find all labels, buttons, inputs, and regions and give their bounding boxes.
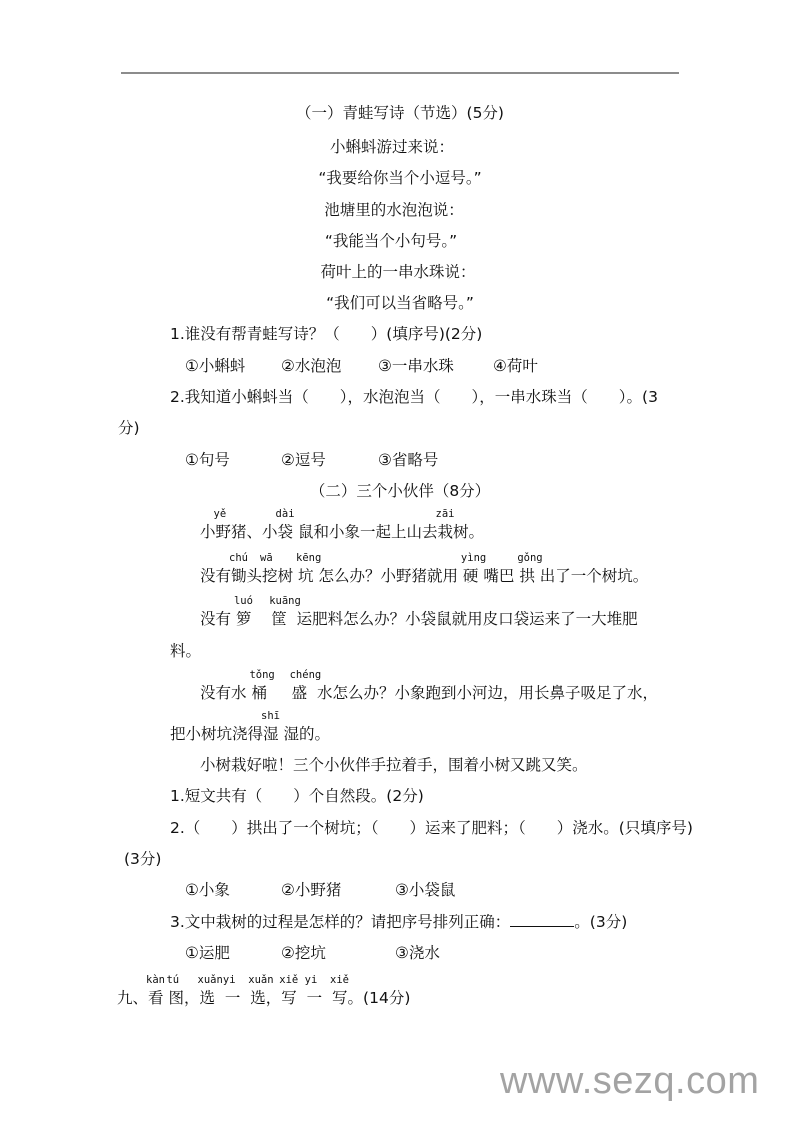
- hanzi: 盛: [292, 684, 308, 702]
- pinyin: xuǎn: [198, 975, 223, 986]
- pinyin: dài: [276, 509, 295, 520]
- s1-question-2-cont: 分): [118, 418, 140, 438]
- s2-paragraph-1: 小yě野猪、小dài袋 鼠和小象一起上山去zāi栽树。: [200, 522, 484, 542]
- pinyin: tǒng: [249, 670, 274, 681]
- s2-paragraph-3: 没有 luó箩 kuāng筐 运肥料怎么办？小袋鼠就用皮口袋运来了一大堆肥: [200, 609, 638, 629]
- hanzi: 写: [281, 989, 297, 1007]
- s2-paragraph-4: 没有水 tǒng桶 chéng盛 水怎么办？小象跑到小河边，用长鼻子吸足了水，: [200, 683, 658, 703]
- ruby-zai: zāi栽: [438, 522, 454, 542]
- text: 嘴巴: [483, 567, 514, 585]
- hanzi: 拱: [519, 567, 535, 585]
- poem-line-2: “我要给你当个小逗号。”: [0, 168, 800, 188]
- hanzi: 湿: [263, 725, 279, 743]
- section-number: 九、: [117, 989, 148, 1007]
- pinyin: yi: [305, 975, 318, 986]
- hanzi: 硬: [463, 567, 479, 585]
- s2-q2-option-2: ②小野猪: [281, 880, 341, 900]
- s2-q3-option-1: ①运肥: [185, 943, 230, 963]
- text: 小: [200, 523, 216, 541]
- pinyin: xuǎn: [248, 975, 273, 986]
- pinyin: tú: [166, 975, 179, 986]
- pinyin: zāi: [436, 509, 455, 520]
- s2-question-2-cont: (3分): [124, 849, 161, 869]
- text: 树。: [453, 523, 484, 541]
- text: 没有: [200, 610, 231, 628]
- ruby-xie-1: xiě写: [281, 988, 297, 1008]
- s2-paragraph-2: 没有chú锄头wā挖树 kēng坑 怎么办？小野猪就用 yìng硬 嘴巴 gǒn…: [200, 566, 648, 586]
- s1-question-2: 2.我知道小蝌蚪当（ ），水泡泡当（ ），一串水珠当（ ）。(3: [170, 387, 658, 407]
- s1-q1-option-3: ③一串水珠: [378, 356, 454, 376]
- text: 猪、小: [231, 523, 278, 541]
- ruby-cheng: chéng盛: [292, 683, 308, 703]
- section9-heading: 九、kàn看 tú图，xuǎn选 yi一 xuǎn选，xiě写 yi一 xiě写…: [117, 988, 410, 1008]
- ruby-luo: luó箩: [236, 609, 252, 629]
- s2-question-3: 3.文中栽树的过程是怎样的？请把序号排列正确：。(3分): [170, 912, 627, 932]
- pinyin: yìng: [461, 553, 486, 564]
- s1-q1-option-4: ④荷叶: [493, 356, 538, 376]
- s2-paragraph-4-cont: 把小树坑浇得shī湿 湿的。: [170, 724, 330, 744]
- ruby-xuan-2: xuǎn选: [250, 988, 266, 1008]
- pinyin: luó: [234, 596, 253, 607]
- ruby-yi-1: yi一: [225, 988, 241, 1008]
- answer-blank[interactable]: [510, 912, 574, 927]
- s2-paragraph-3-cont: 料。: [170, 641, 201, 661]
- ruby-kuang: kuāng筐: [271, 609, 287, 629]
- ruby-shi: shī湿: [263, 724, 279, 744]
- s1-q2-option-1: ①句号: [185, 450, 230, 470]
- ruby-wa: wā挖: [262, 566, 278, 586]
- ruby-keng: kēng坑: [298, 566, 314, 586]
- pinyin: xiě: [279, 975, 298, 986]
- hanzi: 图: [168, 989, 184, 1007]
- s2-question-1: 1.短文共有（ ）个自然段。(2分): [170, 786, 424, 806]
- ruby-chu: chú锄: [231, 566, 247, 586]
- hanzi: 选: [200, 989, 216, 1007]
- s2-q3-option-3: ③浇水: [395, 943, 440, 963]
- hanzi: 一: [225, 989, 241, 1007]
- ruby-xie-2: xiě写: [332, 988, 348, 1008]
- text: 水怎么办？小象跑到小河边，用长鼻子吸足了水，: [317, 684, 658, 702]
- text: 出了一个树坑。: [540, 567, 649, 585]
- section2-title: （二）三个小伙伴（8分）: [0, 481, 800, 501]
- text: 运肥料怎么办？小袋鼠就用皮口袋运来了一大堆肥: [297, 610, 638, 628]
- hanzi: 野: [216, 523, 232, 541]
- comma: ，: [266, 989, 282, 1007]
- pinyin: kàn: [146, 975, 165, 986]
- poem-line-3: 池塘里的水泡泡说：: [0, 200, 794, 220]
- pinyin: shī: [261, 711, 280, 722]
- ruby-gong: gǒng拱: [519, 566, 535, 586]
- poem-line-6: “我们可以当省略号。”: [0, 293, 800, 313]
- hanzi: 坑: [298, 567, 314, 585]
- watermark: www.sezq.com: [500, 1060, 759, 1103]
- poem-line-1: 小蝌蚪游过来说：: [0, 137, 792, 157]
- pinyin: chéng: [290, 670, 322, 681]
- hanzi: 写: [332, 989, 348, 1007]
- text: 头: [247, 567, 263, 585]
- s1-q2-option-3: ③省略号: [378, 450, 438, 470]
- s2-q2-option-3: ③小袋鼠: [395, 880, 455, 900]
- ruby-tu: tú图: [168, 988, 184, 1008]
- ruby-xuan-1: xuǎn选: [200, 988, 216, 1008]
- pinyin: gǒng: [517, 553, 542, 564]
- ruby-kan: kàn看: [148, 988, 164, 1008]
- hanzi: 袋: [278, 523, 294, 541]
- hanzi: 锄: [231, 567, 247, 585]
- text: 把小树坑浇得: [170, 725, 263, 743]
- header-rule: [121, 72, 679, 74]
- text: 没有: [200, 567, 231, 585]
- hanzi: 一: [307, 989, 323, 1007]
- ruby-ye: yě野: [216, 522, 232, 542]
- s2-q2-option-1: ①小象: [185, 880, 230, 900]
- ruby-ying: yìng硬: [463, 566, 479, 586]
- s1-q1-option-2: ②水泡泡: [281, 356, 341, 376]
- s1-q1-option-1: ①小蝌蚪: [185, 356, 245, 376]
- hanzi: 桶: [251, 684, 267, 702]
- text: 鼠和小象一起上山去: [298, 523, 438, 541]
- text: 湿的。: [283, 725, 330, 743]
- text: 树: [278, 567, 294, 585]
- ruby-dai: dài袋: [278, 522, 294, 542]
- poem-line-4: “我能当个小句号。”: [0, 231, 791, 251]
- text: 怎么办？小野猪就用: [318, 567, 458, 585]
- pinyin: kēng: [296, 553, 321, 564]
- s2-paragraph-5: 小树栽好啦！三个小伙伴手拉着手，围着小树又跳又笑。: [200, 755, 588, 775]
- s1-question-1: 1.谁没有帮青蛙写诗？（ ）(填序号)(2分): [170, 324, 482, 344]
- ruby-yi-2: yi一: [307, 988, 323, 1008]
- s1-q2-option-2: ②逗号: [281, 450, 326, 470]
- comma: ，: [184, 989, 200, 1007]
- text: 。(3分): [574, 913, 627, 931]
- s2-q3-option-2: ②挖坑: [281, 943, 326, 963]
- text: 没有水: [200, 684, 247, 702]
- text: 3.文中栽树的过程是怎样的？请把序号排列正确：: [170, 913, 510, 931]
- hanzi: 箩: [236, 610, 252, 628]
- pinyin: kuāng: [269, 596, 301, 607]
- s2-question-2: 2.（ ）拱出了一个树坑；（ ）运来了肥料；（ ）浇水。(只填序号): [170, 818, 693, 838]
- ruby-tong: tǒng桶: [251, 683, 267, 703]
- hanzi: 挖: [262, 567, 278, 585]
- pinyin: yě: [214, 509, 227, 520]
- hanzi: 看: [148, 989, 164, 1007]
- pinyin: chú: [229, 553, 248, 564]
- pinyin: xiě: [330, 975, 349, 986]
- hanzi: 筐: [271, 610, 287, 628]
- text: 。(14分): [348, 989, 411, 1007]
- pinyin: wā: [260, 553, 273, 564]
- hanzi: 选: [250, 989, 266, 1007]
- poem-line-5: 荷叶上的一串水珠说：: [0, 262, 798, 282]
- section1-title: （一）青蛙写诗（节选）(5分): [0, 103, 800, 123]
- hanzi: 栽: [438, 523, 454, 541]
- pinyin: yi: [223, 975, 236, 986]
